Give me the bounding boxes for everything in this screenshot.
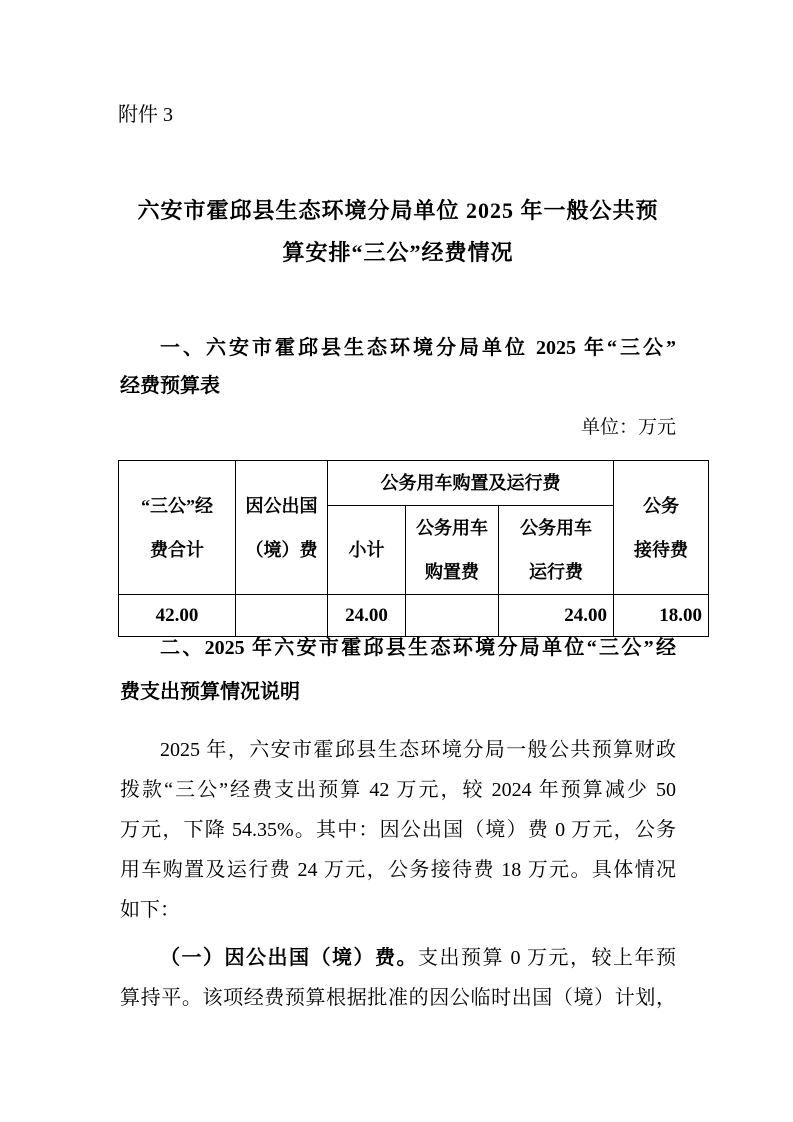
- header-total-cell: “三公”经 费合计: [119, 461, 236, 595]
- paragraph-2: （一）因公出国（境）费。支出预算 0 万元，较上年预 算持平。该项经费预算根据批…: [120, 938, 676, 1018]
- paragraph-1-line-5: 如下：: [120, 890, 676, 930]
- paragraph-2-line-1-rest: 支出预算 0 万元，较上年预: [418, 947, 676, 969]
- section-1-heading-line-2: 经费预算表: [120, 367, 676, 405]
- attachment-label: 附件 3: [118, 95, 173, 135]
- section-2-heading-line-1: 二、2025 年六安市霍邱县生态环境分局单位“三公”经: [120, 626, 676, 670]
- header-abroad-cell: 因公出国 （境）费: [236, 461, 328, 595]
- paragraph-1-line-4: 用车购置及运行费 24 万元，公务接待费 18 万元。具体情况: [120, 850, 676, 890]
- paragraph-1-line-2: 拨款“三公”经费支出预算 42 万元，较 2024 年预算减少 50: [120, 770, 676, 810]
- document-title: 六安市霍邱县生态环境分局单位 2025 年一般公共预 算安排“三公”经费情况: [120, 190, 676, 274]
- document-title-line-2: 算安排“三公”经费情况: [120, 232, 676, 274]
- section-1-heading: 一、六安市霍邱县生态环境分局单位 2025 年“三公” 经费预算表: [120, 329, 676, 405]
- unit-label: 单位：万元: [120, 413, 676, 443]
- header-subtotal-cell: 小计: [328, 506, 406, 595]
- paragraph-1: 2025 年，六安市霍邱县生态环境分局一般公共预算财政 拨款“三公”经费支出预算…: [120, 730, 676, 930]
- paragraph-2-line-2: 算持平。该项经费预算根据批准的因公临时出国（境）计划，: [120, 978, 676, 1018]
- paragraph-2-line-1: （一）因公出国（境）费。支出预算 0 万元，较上年预: [120, 938, 676, 978]
- paragraph-2-lead: （一）因公出国（境）费。: [160, 947, 418, 969]
- budget-table: “三公”经 费合计 因公出国 （境）费 公务用车购置及运行费 公务 接待费 小计…: [118, 460, 709, 637]
- paragraph-1-line-1: 2025 年，六安市霍邱县生态环境分局一般公共预算财政: [120, 730, 676, 770]
- document-title-line-1: 六安市霍邱县生态环境分局单位 2025 年一般公共预: [120, 190, 676, 232]
- header-vehicle-group-cell: 公务用车购置及运行费: [328, 461, 614, 506]
- paragraph-1-line-3: 万元，下降 54.35%。其中：因公出国（境）费 0 万元，公务: [120, 810, 676, 850]
- header-operation-cell: 公务用车 运行费: [499, 506, 614, 595]
- section-2-heading-line-2: 费支出预算情况说明: [120, 670, 676, 714]
- header-reception-cell: 公务 接待费: [614, 461, 709, 595]
- section-1-heading-line-1: 一、六安市霍邱县生态环境分局单位 2025 年“三公”: [120, 329, 676, 367]
- section-2-heading: 二、2025 年六安市霍邱县生态环境分局单位“三公”经 费支出预算情况说明: [120, 626, 676, 714]
- document-page: 附件 3 六安市霍邱县生态环境分局单位 2025 年一般公共预 算安排“三公”经…: [0, 0, 793, 1122]
- header-purchase-cell: 公务用车 购置费: [406, 506, 499, 595]
